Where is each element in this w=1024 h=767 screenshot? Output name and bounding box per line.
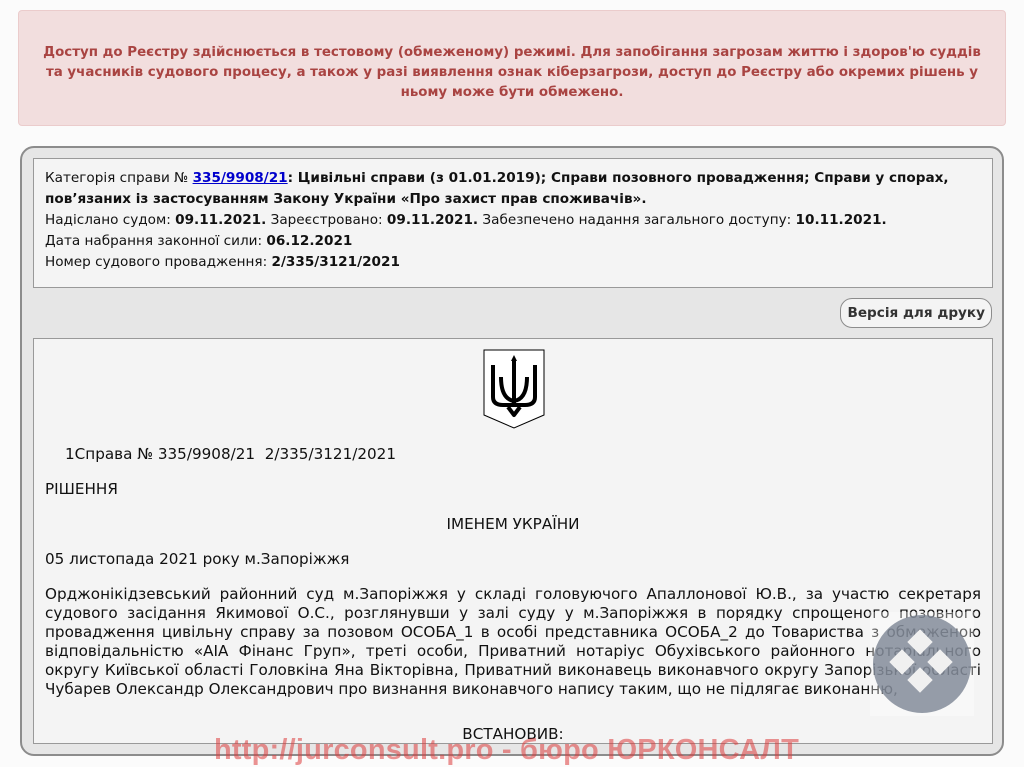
decision-body: Орджонікідзевський районний суд м.Запорі…	[45, 585, 981, 699]
effective-date-row: Дата набрання законної сили: 06.12.2021	[45, 231, 981, 252]
in-the-name-of-ukraine: ІМЕНЕМ УКРАЇНИ	[45, 515, 981, 534]
case-category: Категорія справи № 335/9908/21: Цивільні…	[45, 168, 981, 210]
case-info-panel: Категорія справи № 335/9908/21: Цивільні…	[33, 158, 993, 288]
effective-label: Дата набрання законної сили:	[45, 233, 266, 249]
access-notice-banner: Доступ до Реєстру здійснюється в тестово…	[18, 10, 1006, 126]
public-access-date: 10.11.2021.	[796, 212, 887, 228]
established-heading: ВСТАНОВИВ:	[45, 725, 981, 744]
scroll-to-top-button[interactable]	[870, 612, 974, 716]
decision-document: 1Справа № 335/9908/21 2/335/3121/2021 РІ…	[33, 338, 993, 744]
case-container: Категорія справи № 335/9908/21: Цивільні…	[20, 146, 1004, 756]
category-label: Категорія справи №	[45, 170, 193, 186]
case-dates: Надіслано судом: 09.11.2021. Зареєстрова…	[45, 210, 981, 231]
date-place: 05 листопада 2021 року м.Запоріжжя	[45, 550, 981, 569]
decision-title: РІШЕННЯ	[45, 480, 981, 499]
case-line: 1Справа № 335/9908/21 2/335/3121/2021	[45, 445, 981, 464]
effective-date: 06.12.2021	[266, 233, 352, 249]
proceeding-label: Номер судового провадження:	[45, 254, 272, 270]
registered-date: 09.11.2021.	[387, 212, 478, 228]
coat-of-arms-icon	[483, 349, 545, 429]
proceeding-number: 2/335/3121/2021	[272, 254, 400, 270]
sent-date: 09.11.2021.	[175, 212, 266, 228]
registered-label: Зареєстровано:	[266, 212, 387, 228]
print-version-button[interactable]: Версія для друку	[840, 298, 992, 328]
proceeding-number-row: Номер судового провадження: 2/335/3121/2…	[45, 252, 981, 273]
access-notice-text: Доступ до Реєстру здійснюється в тестово…	[43, 45, 981, 100]
sent-label: Надіслано судом:	[45, 212, 175, 228]
case-number-link[interactable]: 335/9908/21	[193, 170, 288, 186]
scroll-to-top-icon	[873, 615, 971, 713]
public-access-label: Забезпечено надання загального доступу:	[478, 212, 795, 228]
